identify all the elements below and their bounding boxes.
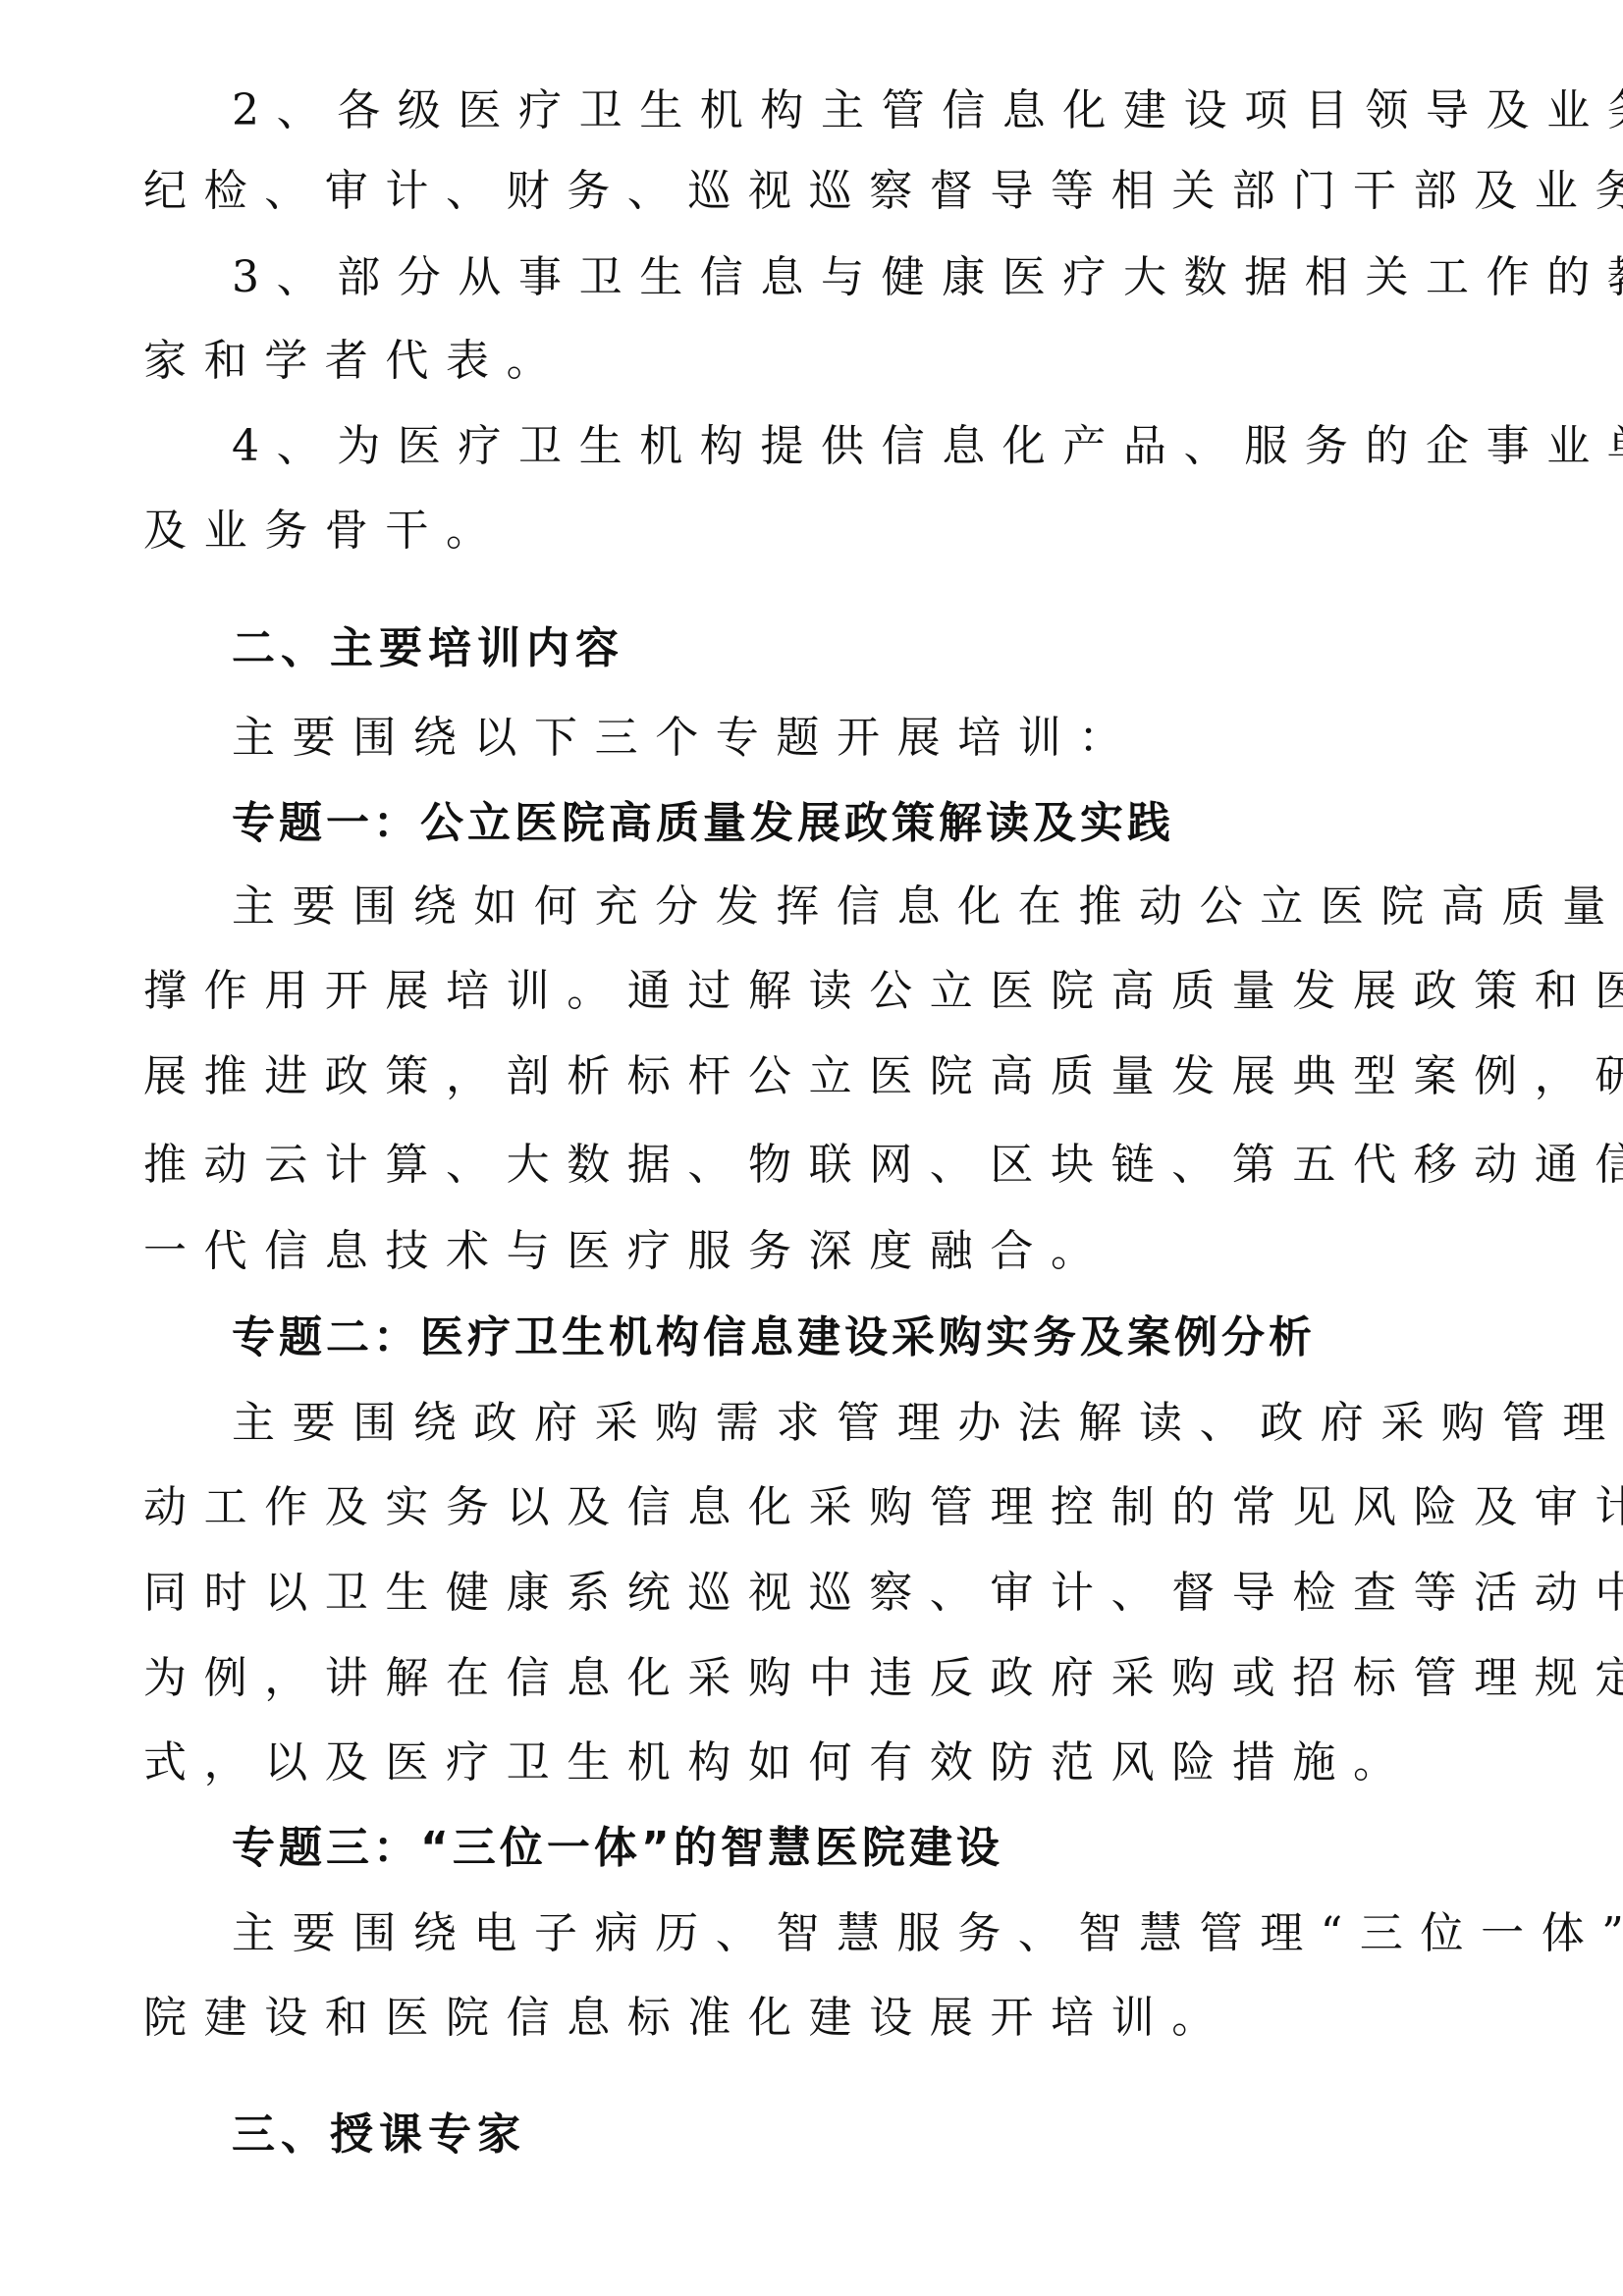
topic-1-line-3: 展推进政策，剖析标杆公立医院高质量发展典型案例，研讨医院如何 (143, 1047, 1498, 1106)
topic-3-title: 专题三：“三位一体”的智慧医院建设 (232, 1819, 1587, 1878)
topic-2-title: 专题二：医疗卫生机构信息建设采购实务及案例分析 (232, 1308, 1587, 1367)
topic-1-line-4: 推动云计算、大数据、物联网、区块链、第五代移动通信（5G）等新 (143, 1136, 1498, 1195)
topic-1-line-1: 主要围绕如何充分发挥信息化在推动公立医院高质量发展中的支 (232, 878, 1587, 936)
list-item-2-line-2: 纪检、审计、财务、巡视巡察督导等相关部门干部及业务骨干。 (143, 162, 1498, 221)
topic-2-line-1: 主要围绕政府采购需求管理办法解读、政府采购管理三年专项行 (232, 1394, 1587, 1453)
topic-1-line-5: 一代信息技术与医疗服务深度融合。 (143, 1222, 1498, 1281)
list-item-3-line-1: 3、部分从事卫生信息与健康医疗大数据相关工作的教学、科研专 (232, 248, 1587, 307)
topic-2-line-5: 式，以及医疗卫生机构如何有效防范风险措施。 (143, 1734, 1498, 1792)
document-page: 2、各级医疗卫生机构主管信息化建设项目领导及业务、采购办、 纪检、审计、财务、巡… (0, 0, 1623, 2296)
topic-1-line-2: 撑作用开展培训。通过解读公立医院高质量发展政策和医疗信息化发 (143, 962, 1498, 1021)
section-heading-training-content: 二、主要培训内容 (232, 619, 1587, 678)
topic-2-line-3: 同时以卫生健康系统巡视巡察、审计、督导检查等活动中发现的案件 (143, 1564, 1498, 1623)
list-item-4-line-1: 4、为医疗卫生机构提供信息化产品、服务的企事业单位相关人员 (232, 417, 1587, 476)
section-heading-lecturers: 三、授课专家 (232, 2106, 1587, 2164)
topic-2-line-4: 为例，讲解在信息化采购中违反政府采购或招标管理规定的表现形 (143, 1649, 1498, 1708)
topic-3-line-2: 院建设和医院信息标准化建设展开培训。 (143, 1989, 1498, 2048)
topic-1-title: 专题一：公立医院高质量发展政策解读及实践 (232, 794, 1587, 853)
section-intro: 主要围绕以下三个专题开展培训： (232, 709, 1587, 768)
topic-2-line-2: 动工作及实务以及信息化采购管理控制的常见风险及审计要点培训。 (143, 1478, 1498, 1537)
list-item-3-line-2: 家和学者代表。 (143, 332, 1498, 391)
topic-3-line-1: 主要围绕电子病历、智慧服务、智慧管理“三位一体”的智慧医 (232, 1904, 1587, 1963)
list-item-4-line-2: 及业务骨干。 (143, 502, 1498, 561)
list-item-2-line-1: 2、各级医疗卫生机构主管信息化建设项目领导及业务、采购办、 (232, 81, 1587, 140)
